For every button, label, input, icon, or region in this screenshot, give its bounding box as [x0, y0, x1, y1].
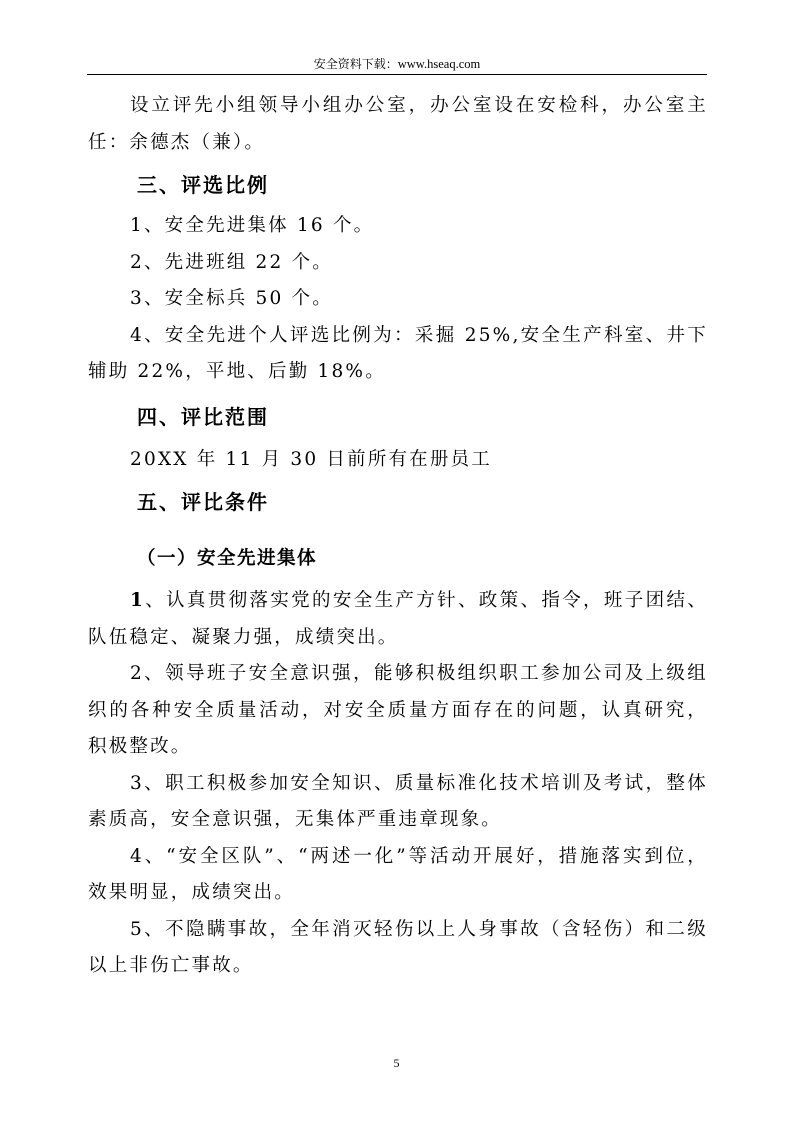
- condition-number: 3: [130, 773, 144, 794]
- section-heading-4: 四、评比范围: [88, 405, 708, 429]
- condition-item-1: 1、认真贯彻落实党的安全生产方针、政策、指令，班子团结、队伍稳定、凝聚力强，成绩…: [88, 583, 708, 656]
- section-heading-3: 三、评选比例: [88, 173, 708, 197]
- header-rule: [87, 74, 707, 75]
- ratio-item-1: 1、安全先进集体 16 个。: [88, 208, 708, 245]
- ratio-item-3: 3、安全标兵 50 个。: [88, 281, 708, 318]
- section-heading-5: 五、评比条件: [88, 490, 708, 514]
- condition-text: 、领导班子安全意识强，能够积极组织职工参加公司及上级组织的各种安全质量活动，对安…: [88, 663, 708, 757]
- condition-item-2: 2、领导班子安全意识强，能够积极组织职工参加公司及上级组织的各种安全质量活动，对…: [88, 656, 708, 766]
- condition-number: 4: [130, 846, 144, 867]
- condition-number: 2: [130, 663, 144, 684]
- document-page: 安全资料下载：www.hseaq.com 设立评先小组领导小组办公室，办公室设在…: [0, 0, 793, 1122]
- condition-number: 5: [130, 919, 144, 940]
- ratio-item-4: 4、安全先进个人评选比例为：采掘 25%,安全生产科室、井下辅助 22%，平地、…: [88, 318, 708, 391]
- intro-paragraph: 设立评先小组领导小组办公室，办公室设在安检科，办公室主任：余德杰（兼）。: [88, 88, 708, 161]
- condition-text: 、职工积极参加安全知识、质量标准化技术培训及考试，整体素质高，安全意识强，无集体…: [88, 773, 708, 831]
- condition-text: 、认真贯彻落实党的安全生产方针、政策、指令，班子团结、队伍稳定、凝聚力强，成绩突…: [88, 590, 708, 648]
- page-content: 设立评先小组领导小组办公室，办公室设在安检科，办公室主任：余德杰（兼）。 三、评…: [88, 88, 708, 985]
- condition-item-4: 4、“安全区队”、“两述一化”等活动开展好，措施落实到位，效果明显，成绩突出。: [88, 839, 708, 912]
- condition-item-5: 5、不隐瞒事故，全年消灭轻伤以上人身事故（含轻伤）和二级以上非伤亡事故。: [88, 912, 708, 985]
- condition-text: 、“安全区队”、“两述一化”等活动开展好，措施落实到位，效果明显，成绩突出。: [88, 846, 708, 904]
- page-number: 5: [0, 1056, 793, 1071]
- condition-text: 、不隐瞒事故，全年消灭轻伤以上人身事故（含轻伤）和二级以上非伤亡事故。: [88, 919, 708, 977]
- condition-number: 1: [130, 590, 145, 611]
- condition-item-3: 3、职工积极参加安全知识、质量标准化技术培训及考试，整体素质高，安全意识强，无集…: [88, 766, 708, 839]
- scope-text: 20XX 年 11 月 30 日前所有在册员工: [88, 442, 708, 479]
- subsection-heading-1: （一）安全先进集体: [88, 547, 708, 571]
- ratio-item-2: 2、先进班组 22 个。: [88, 245, 708, 282]
- header-label: 安全资料下载：: [314, 57, 398, 71]
- page-header: 安全资料下载：www.hseaq.com: [87, 56, 707, 72]
- header-url: www.hseaq.com: [398, 57, 481, 71]
